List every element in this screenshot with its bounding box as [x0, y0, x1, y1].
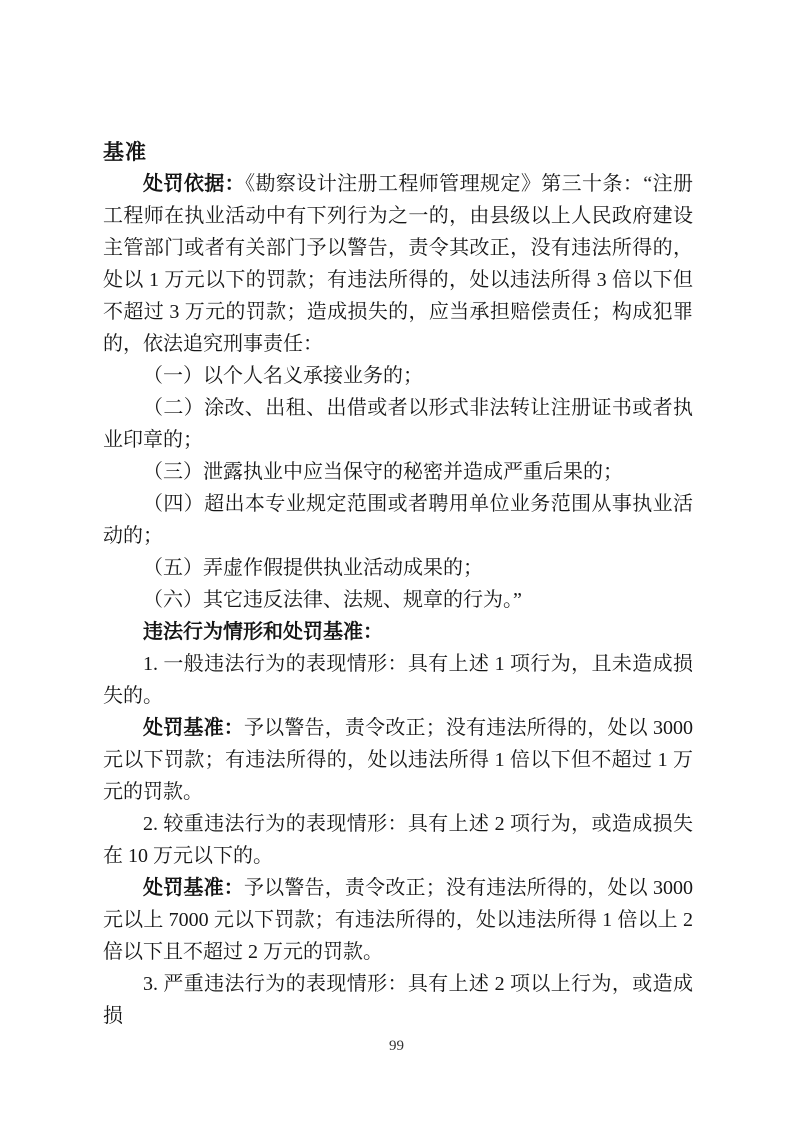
paragraph-text: 3. 严重违法行为的表现情形：具有上述 2 项以上行为，或造成损 — [103, 973, 693, 1027]
clause-item-3: （三）泄露执业中应当保守的秘密并造成严重后果的； — [103, 456, 693, 488]
paragraph-penalty-basis: 处罚依据：《勘察设计注册工程师管理规定》第三十条：“注册工程师在执业活动中有下列… — [103, 168, 693, 360]
clause-text: （六）其它违反法律、法规、规章的行为。” — [143, 589, 522, 611]
clause-item-5: （五）弄虚作假提供执业活动成果的； — [103, 552, 693, 584]
paragraph-moderate-violation: 2. 较重违法行为的表现情形：具有上述 2 项行为，或造成损失在 10 万元以下… — [103, 808, 693, 872]
penalty-standard-label: 处罚基准： — [143, 877, 244, 899]
clause-item-6: （六）其它违反法律、法规、规章的行为。” — [103, 584, 693, 616]
clause-item-2: （二）涂改、出租、出借或者以形式非法转让注册证书或者执业印章的； — [103, 392, 693, 456]
clause-text: （五）弄虚作假提供执业活动成果的； — [143, 557, 483, 579]
document-page: 基准 处罚依据：《勘察设计注册工程师管理规定》第三十条：“注册工程师在执业活动中… — [0, 0, 793, 1122]
penalty-standard-label: 处罚基准： — [143, 717, 244, 739]
clause-item-1: （一）以个人名义承接业务的； — [103, 360, 693, 392]
clause-item-4: （四）超出本专业规定范围或者聘用单位业务范围从事执业活动的； — [103, 488, 693, 552]
subheading-text: 违法行为情形和处罚基准： — [143, 621, 383, 643]
paragraph-text: 《勘察设计注册工程师管理规定》第三十条：“注册工程师在执业活动中有下列行为之一的… — [103, 173, 693, 355]
clause-text: （二）涂改、出租、出借或者以形式非法转让注册证书或者执业印章的； — [103, 397, 693, 451]
paragraph-penalty-standard-1: 处罚基准：予以警告，责令改正；没有违法所得的，处以 3000 元以下罚款；有违法… — [103, 712, 693, 808]
penalty-basis-label: 处罚依据： — [143, 173, 245, 195]
clause-text: （三）泄露执业中应当保守的秘密并造成严重后果的； — [143, 461, 623, 483]
clause-text: （一）以个人名义承接业务的； — [143, 365, 423, 387]
paragraph-penalty-standard-2: 处罚基准：予以警告，责令改正；没有违法所得的，处以 3000 元以上 7000 … — [103, 872, 693, 968]
paragraph-text: 2. 较重违法行为的表现情形：具有上述 2 项行为，或造成损失在 10 万元以下… — [103, 813, 693, 867]
paragraph-severe-violation: 3. 严重违法行为的表现情形：具有上述 2 项以上行为，或造成损 — [103, 968, 693, 1032]
document-body: 基准 处罚依据：《勘察设计注册工程师管理规定》第三十条：“注册工程师在执业活动中… — [103, 136, 693, 1032]
paragraph-general-violation: 1. 一般违法行为的表现情形：具有上述 1 项行为，且未造成损失的。 — [103, 648, 693, 712]
subheading-violation-and-penalty: 违法行为情形和处罚基准： — [103, 616, 693, 648]
clause-text: （四）超出本专业规定范围或者聘用单位业务范围从事执业活动的； — [103, 493, 693, 547]
paragraph-text: 1. 一般违法行为的表现情形：具有上述 1 项行为，且未造成损失的。 — [103, 653, 693, 707]
page-number: 99 — [0, 1038, 793, 1055]
section-heading-fragment: 基准 — [103, 136, 693, 168]
